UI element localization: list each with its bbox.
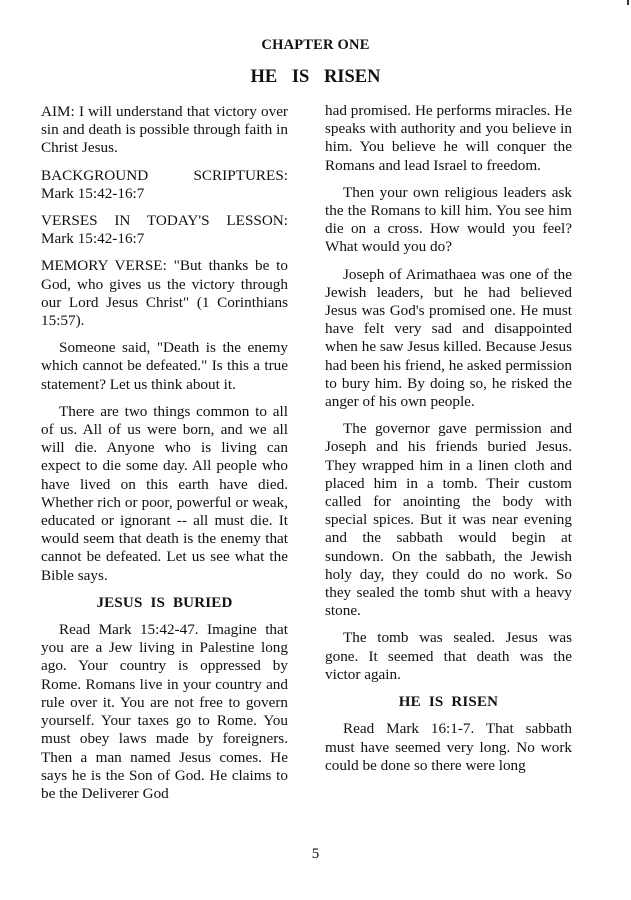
- body-paragraph: The tomb was sealed. Jesus was gone. It …: [325, 629, 572, 684]
- background-reference: Mark 15:42-16:7: [41, 185, 288, 203]
- aim-paragraph: AIM: I will understand that victory over…: [41, 103, 288, 158]
- body-paragraph: The governor gave permission and Joseph …: [325, 420, 572, 620]
- chapter-label: CHAPTER ONE: [0, 37, 631, 54]
- continued-paragraph: had promised. He performs miracles. He s…: [325, 102, 572, 175]
- body-paragraph: Read Mark 15:42-47. Imagine that you are…: [41, 621, 288, 803]
- body-paragraph: There are two things common to all of us…: [41, 403, 288, 585]
- section-heading-he-is-risen: HE IS RISEN: [325, 693, 572, 711]
- background-scriptures: BACKGROUND SCRIPTURES: Mark 15:42-16:7: [41, 167, 288, 203]
- chapter-title: HE IS RISEN: [0, 67, 631, 88]
- page-number: 5: [0, 846, 631, 863]
- verses-reference: Mark 15:42-16:7: [41, 230, 288, 248]
- left-column: AIM: I will understand that victory over…: [41, 103, 288, 803]
- scan-corner-mark: [627, 0, 629, 5]
- body-paragraph: Read Mark 16:1-7. That sabbath must have…: [325, 720, 572, 775]
- right-column: had promised. He performs miracles. He s…: [325, 102, 572, 775]
- background-label: BACKGROUND SCRIPTURES:: [41, 167, 288, 185]
- section-heading-jesus-is-buried: JESUS IS BURIED: [41, 594, 288, 612]
- memory-verse: MEMORY VERSE: "But thanks be to God, who…: [41, 257, 288, 330]
- verses-in-lesson: VERSES IN TODAY'S LESSON: Mark 15:42-16:…: [41, 212, 288, 248]
- body-paragraph: Joseph of Arimathaea was one of the Jewi…: [325, 266, 572, 412]
- body-paragraph: Then your own religious leaders ask the …: [325, 184, 572, 257]
- body-paragraph: Someone said, "Death is the enemy which …: [41, 339, 288, 394]
- verses-label: VERSES IN TODAY'S LESSON:: [41, 212, 288, 230]
